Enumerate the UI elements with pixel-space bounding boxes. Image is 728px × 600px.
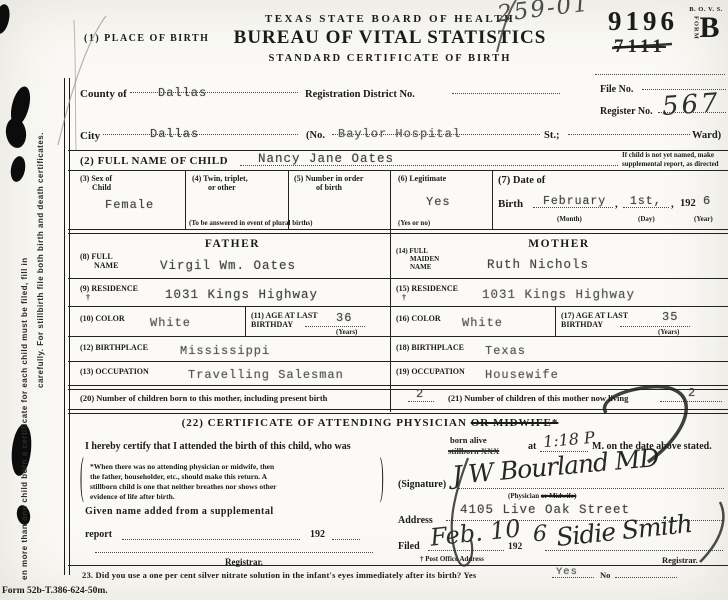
birth-year-value: 6 — [703, 194, 711, 208]
registrar-label-right: Registrar. — [662, 555, 698, 565]
section-double-rule — [68, 385, 728, 390]
yes-or-no-note: (Yes or no) — [398, 219, 430, 228]
header-standard-line: STANDARD CERTIFICATE OF BIRTH — [215, 53, 565, 64]
mother-residence-value: 1031 Kings Highway — [482, 288, 635, 302]
child-name-note-line1: If child is not yet named, make — [622, 151, 728, 160]
mother-name-label-line1: (14) FULL — [396, 247, 439, 255]
twin-label-line1: (4) Twin, triplet, — [192, 174, 248, 183]
father-birthplace-label: (12) BIRTHPLACE — [80, 343, 148, 352]
children-living-label: (21) Number of children of this mother n… — [448, 393, 628, 403]
given-name-line: Given name added from a supplemental — [85, 506, 274, 517]
dotted-line — [305, 326, 365, 327]
month-note: (Month) — [557, 215, 582, 224]
birth-order-label-line2: of birth — [316, 183, 363, 192]
register-no-label: Register No. — [600, 106, 653, 117]
child-name-label: (2) FULL NAME OF CHILD — [80, 155, 228, 167]
form-letter: B — [699, 13, 719, 43]
fine-print-line1: *When there was no attending physician o… — [90, 462, 382, 472]
city-label: City — [80, 130, 100, 142]
father-birthplace-value: Mississippi — [180, 344, 270, 358]
physician-or-midwife-note: (Physician or Midwife) — [508, 492, 576, 501]
twin-label: (4) Twin, triplet, or other — [192, 174, 248, 192]
table-top-rule — [68, 170, 728, 171]
children-born-value: 2 — [416, 387, 424, 401]
dotted-line — [408, 401, 434, 402]
mother-residence-dagger: † — [402, 293, 458, 302]
dotted-line — [615, 577, 677, 578]
county-label: County of — [80, 88, 127, 100]
fine-print-line3: stillborn child is one that neither brea… — [90, 482, 382, 492]
dotted-line — [568, 134, 690, 135]
children-born-label: (20) Number of children born to this mot… — [80, 393, 327, 403]
child-name-note: If child is not yet named, make suppleme… — [622, 151, 728, 168]
dotted-line — [458, 488, 724, 489]
file-no-label: File No. — [600, 84, 633, 95]
bottom-section-rule — [68, 565, 728, 566]
mother-name-label-line3: NAME — [410, 263, 439, 271]
margin-instruction-line1: en more than one child born a certificat… — [20, 115, 29, 580]
district-label: Registration District No. — [305, 89, 415, 100]
table-divider — [390, 170, 391, 412]
mother-residence-label: (15) RESIDENCE † — [396, 284, 458, 302]
date-of-birth-label: (7) Date of — [498, 175, 545, 186]
silver-nitrate-no-label: No — [600, 570, 610, 580]
dotted-line — [95, 552, 373, 553]
dotted-line — [620, 326, 690, 327]
county-value: Dallas — [158, 86, 207, 100]
mother-section-header: MOTHER — [390, 238, 728, 250]
filed-year-value: 6 — [533, 522, 547, 547]
mother-color-value: White — [462, 316, 503, 330]
sex-label-line2: Child — [92, 183, 112, 192]
fine-print-close-paren: ) — [380, 450, 384, 505]
mother-color-label: (16) COLOR — [396, 314, 441, 323]
father-name-label-line1: (8) FULL — [80, 252, 118, 261]
report-label: report — [85, 529, 112, 540]
table-divider — [492, 170, 493, 230]
dotted-line — [240, 165, 618, 166]
father-residence-label: (9) RESIDENCE † — [80, 284, 138, 302]
fine-print-line2: the father, householder, etc., should ma… — [90, 472, 382, 482]
father-color-value: White — [150, 316, 191, 330]
at-label: at — [528, 441, 536, 452]
crossed-out-number: 7111 — [614, 36, 666, 58]
st-label: St.; — [544, 130, 559, 141]
dotted-line — [122, 539, 300, 540]
mother-birthplace-value: Texas — [485, 344, 526, 358]
row-rule — [68, 278, 728, 279]
ink-blot — [0, 3, 12, 35]
comma-separator: , — [615, 198, 618, 210]
father-occupation-value: Travelling Salesman — [188, 368, 344, 382]
birth-word-label: Birth — [498, 198, 523, 210]
dotted-line — [332, 134, 540, 135]
dotted-line — [595, 74, 725, 75]
fine-print-block: *When there was no attending physician o… — [90, 462, 382, 502]
filed-label: Filed — [398, 541, 420, 552]
mother-age-value: 35 — [662, 310, 678, 324]
sex-label-line1: (3) Sex of — [80, 174, 112, 183]
mother-residence-label-text: (15) RESIDENCE — [396, 284, 458, 293]
father-residence-dagger: † — [86, 293, 138, 302]
report-year-prefix: 192 — [310, 529, 325, 540]
dotted-line — [623, 207, 669, 208]
father-color-label: (10) COLOR — [80, 314, 125, 323]
place-of-birth-label: (1) PLACE OF BIRTH — [84, 33, 209, 44]
physician-certificate-title-text: (22) CERTIFICATE OF ATTENDING PHYSICIAN — [182, 417, 467, 429]
sex-label: (3) Sex of Child — [80, 174, 112, 192]
child-name-note-line2: supplemental report, as directed — [622, 160, 728, 169]
father-residence-label-text: (9) RESIDENCE — [80, 284, 138, 293]
physician-certificate-title: (22) CERTIFICATE OF ATTENDING PHYSICIAN … — [90, 417, 650, 429]
father-occupation-label: (13) OCCUPATION — [80, 367, 149, 376]
mother-occupation-value: Housewife — [485, 368, 559, 382]
post-office-note: † Post Office Address — [420, 555, 484, 564]
legitimate-value: Yes — [426, 195, 451, 209]
bovs-form-stamp: B. O. V. S. FORM B — [686, 6, 726, 43]
dotted-line — [658, 112, 726, 113]
dotted-line — [103, 134, 298, 135]
physician-note-text: (Physician — [508, 492, 539, 500]
birth-time-value: 1:18 P — [542, 428, 595, 451]
silver-nitrate-question: 23. Did you use a one per cent silver ni… — [82, 570, 476, 580]
dotted-line — [332, 539, 360, 540]
mother-name-label: (14) FULL MAIDEN NAME — [396, 247, 439, 271]
plural-births-note: (To be answered in event of plural birth… — [189, 219, 389, 228]
dotted-line — [545, 550, 723, 551]
mother-birthplace-label: (18) BIRTHPLACE — [396, 343, 464, 352]
mother-name-label-line2: MAIDEN — [410, 255, 439, 263]
signature-label: (Signature) — [398, 479, 446, 490]
street-no-label: (No. — [306, 130, 325, 141]
father-residence-value: 1031 Kings Highway — [165, 288, 318, 302]
legitimate-label: (6) Legitimate — [398, 174, 446, 183]
dotted-line — [452, 93, 560, 94]
dotted-line — [533, 207, 613, 208]
birth-certificate-document: en more than one child born a certificat… — [0, 0, 728, 600]
twin-label-line2: or other — [208, 183, 248, 192]
certificate-stamp-number: 9196 — [608, 6, 678, 37]
mother-age-label-line2: BIRTHDAY — [561, 320, 628, 329]
header-bureau-line: BUREAU OF VITAL STATISTICS — [205, 27, 575, 49]
fine-print-line4: evidence of life after birth. — [90, 492, 382, 502]
margin-instruction-line2: carefully. For stillbirth file both birt… — [36, 88, 45, 388]
dotted-line — [552, 577, 594, 578]
register-no-value: 567 — [661, 88, 722, 122]
form-number: Form 52b-T.386-624-50m. — [2, 586, 108, 596]
mother-age-label: (17) AGE AT LAST BIRTHDAY — [561, 311, 628, 329]
father-age-value: 36 — [336, 311, 352, 325]
birth-order-label-line1: (5) Number in order — [294, 174, 363, 183]
year-prefix: 192 — [680, 198, 696, 209]
father-name-value: Virgil Wm. Oates — [160, 259, 296, 273]
born-alive-option: born alive — [450, 435, 487, 445]
row-rule — [68, 306, 728, 307]
father-name-label: (8) FULL NAME — [80, 252, 118, 270]
table-bottom-double-rule — [68, 229, 728, 234]
address-value: 4105 Live Oak Street — [460, 503, 630, 517]
mother-occupation-label: (19) OCCUPATION — [396, 367, 465, 376]
cell-divider — [555, 306, 556, 336]
birth-order-label: (5) Number in order of birth — [294, 174, 363, 192]
child-name-value: Nancy Jane Oates — [258, 152, 394, 166]
dotted-line — [130, 92, 298, 93]
father-age-label-line2: BIRTHDAY — [251, 320, 318, 329]
fine-print-open-paren: ( — [80, 450, 84, 505]
stillborn-option-struck: stillborn XXX — [448, 446, 499, 456]
form-word-vertical: FORM — [692, 16, 699, 40]
dotted-line — [428, 550, 504, 551]
midwife-struck-text: OR MIDWIFE* — [471, 417, 559, 429]
dotted-line — [660, 401, 722, 402]
sex-value: Female — [105, 198, 154, 212]
row-rule — [68, 361, 728, 362]
children-living-value: 2 — [688, 386, 696, 400]
father-section-header: FATHER — [75, 238, 390, 250]
year-note: (Year) — [694, 215, 713, 224]
comma-separator: , — [671, 198, 674, 210]
left-border-rule — [64, 78, 70, 575]
or-midwife-struck: or Midwife) — [541, 492, 576, 500]
address-label: Address — [398, 515, 433, 526]
certify-statement: I hereby certify that I attended the bir… — [85, 441, 351, 452]
mother-age-label-line1: (17) AGE AT LAST — [561, 311, 628, 320]
father-age-label-line1: (11) AGE AT LAST — [251, 311, 318, 320]
section-double-rule — [68, 409, 728, 414]
cell-divider — [245, 306, 246, 336]
filed-year-prefix: 192 — [508, 542, 522, 552]
father-name-label-line2: NAME — [94, 261, 118, 270]
row-rule — [68, 336, 728, 337]
ward-label: Ward) — [692, 130, 721, 141]
day-note: (Day) — [638, 215, 655, 224]
table-divider — [185, 170, 186, 230]
mother-name-value: Ruth Nichols — [487, 258, 589, 272]
